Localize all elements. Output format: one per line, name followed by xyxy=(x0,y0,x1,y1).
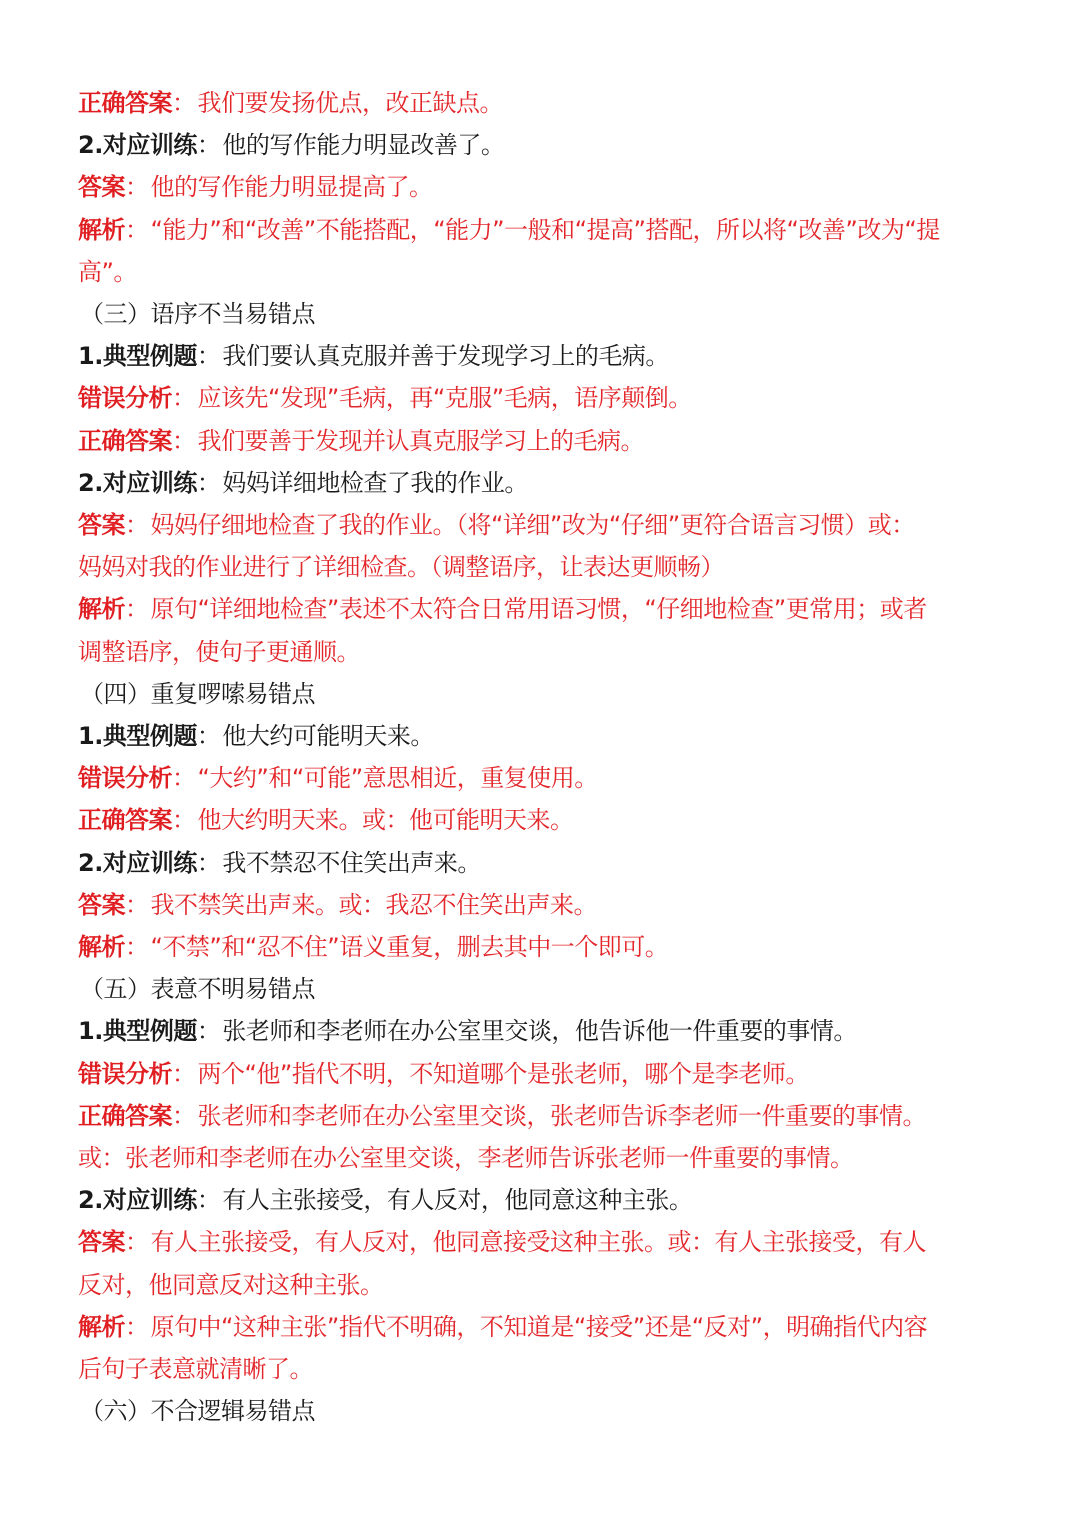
line-text: 张老师和李老师在办公室里交谈，张老师告诉李老师一件重要的事情。 xyxy=(198,1102,927,1130)
label-separator: ： xyxy=(197,469,221,497)
answer-line: 正确答案：张老师和李老师在办公室里交谈，张老师告诉李老师一件重要的事情。 xyxy=(78,1095,998,1137)
label-separator: ： xyxy=(197,1186,221,1214)
line-text: 他的写作能力明显改善了。 xyxy=(222,131,504,159)
line-text: 张老师和李老师在办公室里交谈，他告诉他一件重要的事情。 xyxy=(222,1017,857,1045)
line-label: 解析 xyxy=(78,216,125,244)
label-separator: ： xyxy=(197,1017,221,1045)
section-heading: （五）表意不明易错点 xyxy=(78,968,998,1010)
answer-continuation: 妈妈对我的作业进行了详细检查。（调整语序，让表达更顺畅） xyxy=(78,546,998,588)
label-separator: ： xyxy=(197,849,221,877)
question-line: 1.典型例题：张老师和李老师在办公室里交谈，他告诉他一件重要的事情。 xyxy=(78,1010,998,1052)
label-separator: ： xyxy=(172,89,196,117)
line-label: 答案 xyxy=(78,891,125,919)
line-label: 解析 xyxy=(78,933,125,961)
answer-line: 解析：原句中“这种主张”指代不明确，不知道是“接受”还是“反对”，明确指代内容 xyxy=(78,1306,998,1348)
line-label: 错误分析 xyxy=(78,764,172,792)
answer-continuation: 后句子表意就清晰了。 xyxy=(78,1348,998,1390)
answer-continuation: 或：张老师和李老师在办公室里交谈，李老师告诉张老师一件重要的事情。 xyxy=(78,1137,998,1179)
line-label: 2.对应训练 xyxy=(78,849,197,877)
line-label: 正确答案 xyxy=(78,806,172,834)
line-text: 我不禁忍不住笑出声来。 xyxy=(222,849,481,877)
line-label: 错误分析 xyxy=(78,1060,172,1088)
question-line: 2.对应训练：我不禁忍不住笑出声来。 xyxy=(78,842,998,884)
question-line: 2.对应训练：妈妈详细地检查了我的作业。 xyxy=(78,462,998,504)
label-separator: ： xyxy=(197,131,221,159)
line-label: 正确答案 xyxy=(78,1102,172,1130)
line-text: 我不禁笑出声来。或：我忍不住笑出声来。 xyxy=(151,891,598,919)
line-text: 应该先“发现”毛病，再“克服”毛病，语序颠倒。 xyxy=(198,384,692,412)
question-line: 2.对应训练：有人主张接受，有人反对，他同意这种主张。 xyxy=(78,1179,998,1221)
answer-line: 正确答案：我们要善于发现并认真克服学习上的毛病。 xyxy=(78,420,998,462)
answer-continuation: 调整语序，使句子更通顺。 xyxy=(78,631,998,673)
question-line: 1.典型例题：我们要认真克服并善于发现学习上的毛病。 xyxy=(78,335,998,377)
line-text: 他大约可能明天来。 xyxy=(222,722,434,750)
label-separator: ： xyxy=(172,764,196,792)
line-label: 答案 xyxy=(78,1228,125,1256)
line-label: 答案 xyxy=(78,511,125,539)
answer-line: 正确答案：我们要发扬优点，改正缺点。 xyxy=(78,82,998,124)
line-text: 有人主张接受，有人反对，他同意接受这种主张。或：有人主张接受，有人 xyxy=(151,1228,927,1256)
line-label: 正确答案 xyxy=(78,89,172,117)
line-label: 1.典型例题 xyxy=(78,1017,197,1045)
question-line: 2.对应训练：他的写作能力明显改善了。 xyxy=(78,124,998,166)
line-label: 正确答案 xyxy=(78,427,172,455)
answer-line: 解析：“能力”和“改善”不能搭配，“能力”一般和“提高”搭配，所以将“改善”改为… xyxy=(78,209,998,251)
label-separator: ： xyxy=(197,722,221,750)
label-separator: ： xyxy=(125,173,149,201)
answer-line: 错误分析：两个“他”指代不明，不知道哪个是张老师，哪个是李老师。 xyxy=(78,1053,998,1095)
line-text: “能力”和“改善”不能搭配，“能力”一般和“提高”搭配，所以将“改善”改为“提 xyxy=(151,216,940,244)
label-separator: ： xyxy=(172,427,196,455)
label-separator: ： xyxy=(125,511,149,539)
answer-continuation: 高”。 xyxy=(78,251,998,293)
line-text: “不禁”和“忍不住”语义重复，删去其中一个即可。 xyxy=(151,933,669,961)
line-label: 错误分析 xyxy=(78,384,172,412)
label-separator: ： xyxy=(172,1060,196,1088)
question-line: 1.典型例题：他大约可能明天来。 xyxy=(78,715,998,757)
line-label: 解析 xyxy=(78,1313,125,1341)
label-separator: ： xyxy=(172,384,196,412)
answer-line: 解析：原句“详细地检查”表述不太符合日常用语习惯，“仔细地检查”更常用；或者 xyxy=(78,588,998,630)
line-text: 原句“详细地检查”表述不太符合日常用语习惯，“仔细地检查”更常用；或者 xyxy=(151,595,927,623)
label-separator: ： xyxy=(125,595,149,623)
line-label: 2.对应训练 xyxy=(78,1186,197,1214)
label-separator: ： xyxy=(125,1313,149,1341)
label-separator: ： xyxy=(172,1102,196,1130)
label-separator: ： xyxy=(197,342,221,370)
section-heading: （六）不合逻辑易错点 xyxy=(78,1390,998,1432)
section-heading: （四）重复啰嗦易错点 xyxy=(78,673,998,715)
line-text: “大约”和“可能”意思相近，重复使用。 xyxy=(198,764,598,792)
label-separator: ： xyxy=(125,216,149,244)
answer-line: 答案：他的写作能力明显提高了。 xyxy=(78,166,998,208)
answer-line: 正确答案：他大约明天来。或：他可能明天来。 xyxy=(78,799,998,841)
line-text: 两个“他”指代不明，不知道哪个是张老师，哪个是李老师。 xyxy=(198,1060,809,1088)
label-separator: ： xyxy=(125,1228,149,1256)
section-heading: （三）语序不当易错点 xyxy=(78,293,998,335)
line-label: 1.典型例题 xyxy=(78,722,197,750)
label-separator: ： xyxy=(172,806,196,834)
line-text: 我们要发扬优点，改正缺点。 xyxy=(198,89,504,117)
answer-line: 错误分析：“大约”和“可能”意思相近，重复使用。 xyxy=(78,757,998,799)
line-text: 我们要善于发现并认真克服学习上的毛病。 xyxy=(198,427,645,455)
line-label: 2.对应训练 xyxy=(78,131,197,159)
document-page: 正确答案：我们要发扬优点，改正缺点。2.对应训练：他的写作能力明显改善了。答案：… xyxy=(78,82,998,1433)
answer-line: 答案：妈妈仔细地检查了我的作业。（将“详细”改为“仔细”更符合语言习惯）或： xyxy=(78,504,998,546)
answer-line: 答案：有人主张接受，有人反对，他同意接受这种主张。或：有人主张接受，有人 xyxy=(78,1221,998,1263)
line-text: 他的写作能力明显提高了。 xyxy=(151,173,433,201)
line-text: 他大约明天来。或：他可能明天来。 xyxy=(198,806,574,834)
line-text: 原句中“这种主张”指代不明确，不知道是“接受”还是“反对”，明确指代内容 xyxy=(151,1313,928,1341)
answer-line: 答案：我不禁笑出声来。或：我忍不住笑出声来。 xyxy=(78,884,998,926)
line-text: 我们要认真克服并善于发现学习上的毛病。 xyxy=(222,342,669,370)
line-text: 有人主张接受，有人反对，他同意这种主张。 xyxy=(222,1186,692,1214)
line-label: 1.典型例题 xyxy=(78,342,197,370)
line-label: 解析 xyxy=(78,595,125,623)
line-text: 妈妈仔细地检查了我的作业。（将“详细”改为“仔细”更符合语言习惯）或： xyxy=(151,511,915,539)
line-text: 妈妈详细地检查了我的作业。 xyxy=(222,469,528,497)
answer-continuation: 反对，他同意反对这种主张。 xyxy=(78,1264,998,1306)
line-label: 2.对应训练 xyxy=(78,469,197,497)
answer-line: 错误分析：应该先“发现”毛病，再“克服”毛病，语序颠倒。 xyxy=(78,377,998,419)
answer-line: 解析：“不禁”和“忍不住”语义重复，删去其中一个即可。 xyxy=(78,926,998,968)
label-separator: ： xyxy=(125,933,149,961)
line-label: 答案 xyxy=(78,173,125,201)
label-separator: ： xyxy=(125,891,149,919)
